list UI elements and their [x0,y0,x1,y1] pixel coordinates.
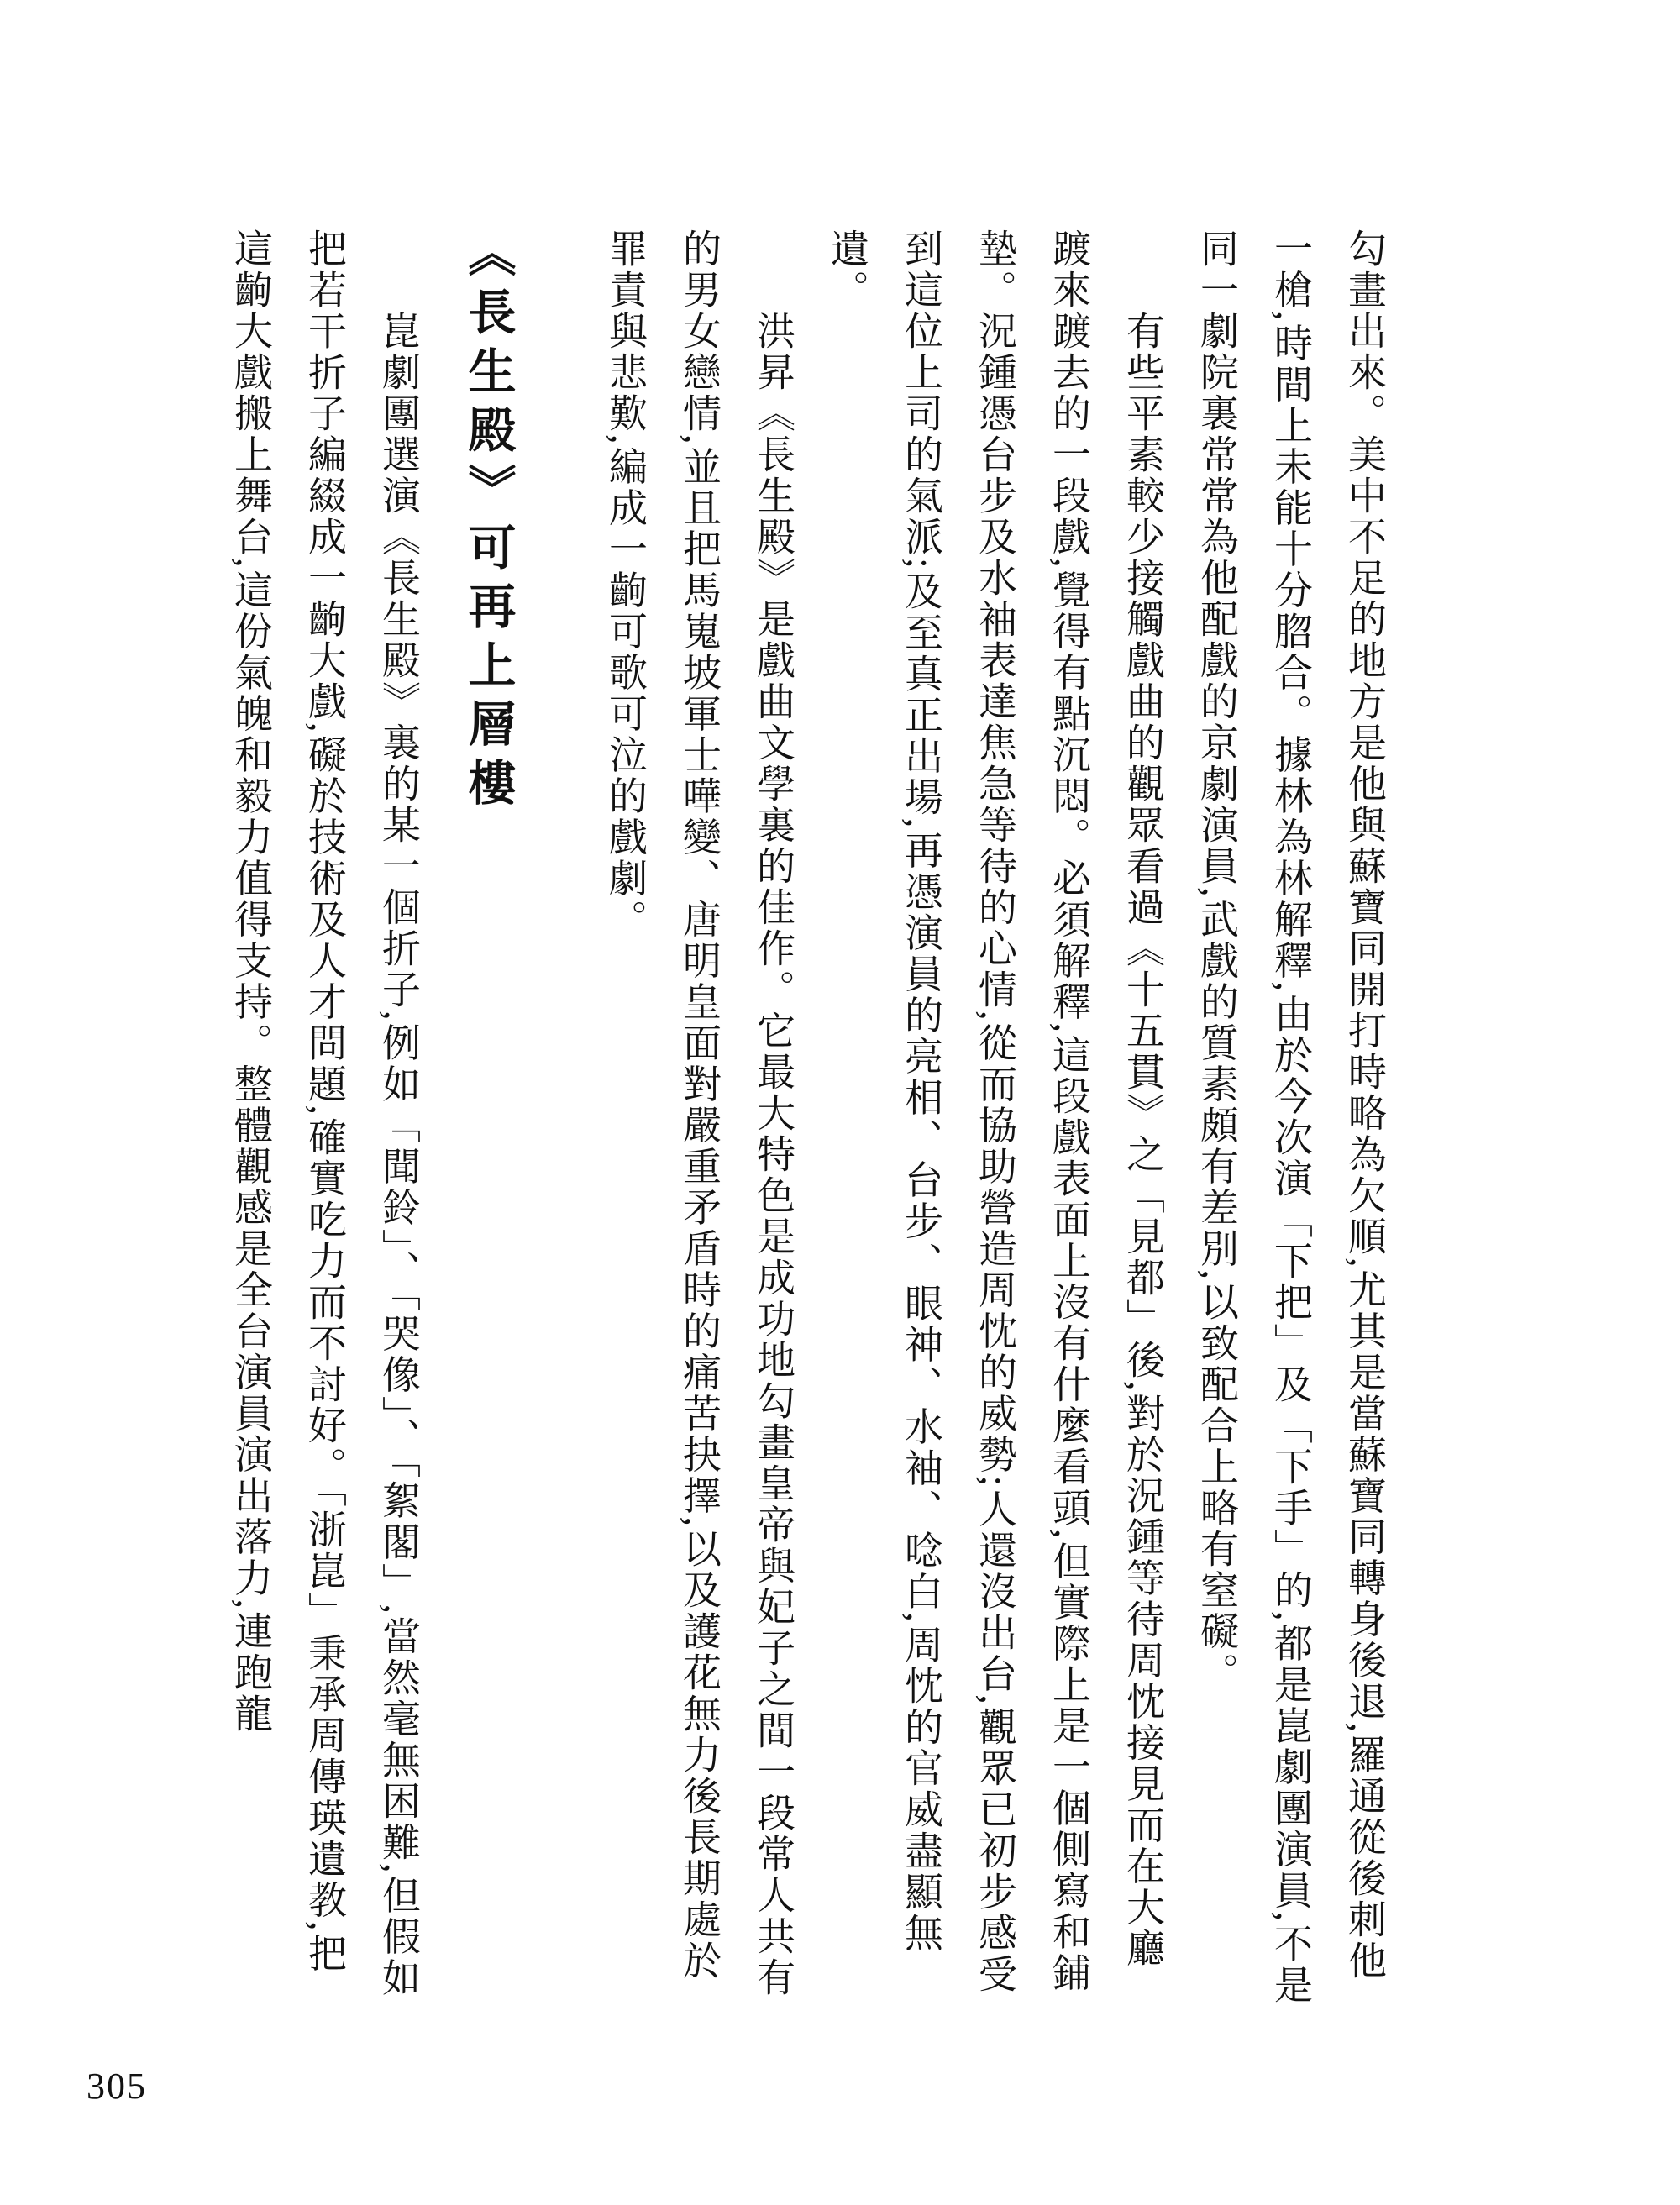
vertical-text-block: 勾畫出來。美中不足的地方是他與蘇寶同開打時略為欠順,尤其是當蘇寶同轉身後退,羅通… [213,228,1401,2008]
paragraph-audience-reaction: 有些平素較少接觸戲曲的觀眾看過《十五貫》之「見都」後,對於況鍾等待周忱接見而在大… [810,228,1179,2008]
book-page: 勾畫出來。美中不足的地方是他與蘇寶同開打時略為欠順,尤其是當蘇寶同轉身後退,羅通… [0,0,1680,2205]
paragraph-kunju-selection: 崑劇團選演《長生殿》裏的某一個折子,例如「聞鈴」、「哭像」、「絮閣」,當然毫無困… [213,228,435,2008]
paragraph-continuation: 勾畫出來。美中不足的地方是他與蘇寶同開打時略為欠順,尤其是當蘇寶同轉身後退,羅通… [1179,228,1401,2008]
page-number: 305 [87,2065,147,2108]
section-heading: 《長生殿》可再上層樓 [447,228,528,2008]
paragraph-changshengdian-intro: 洪昇《長生殿》是戲曲文學裏的佳作。它最大特色是成功地勾畫皇帝與妃子之間一段常人共… [588,228,810,2008]
